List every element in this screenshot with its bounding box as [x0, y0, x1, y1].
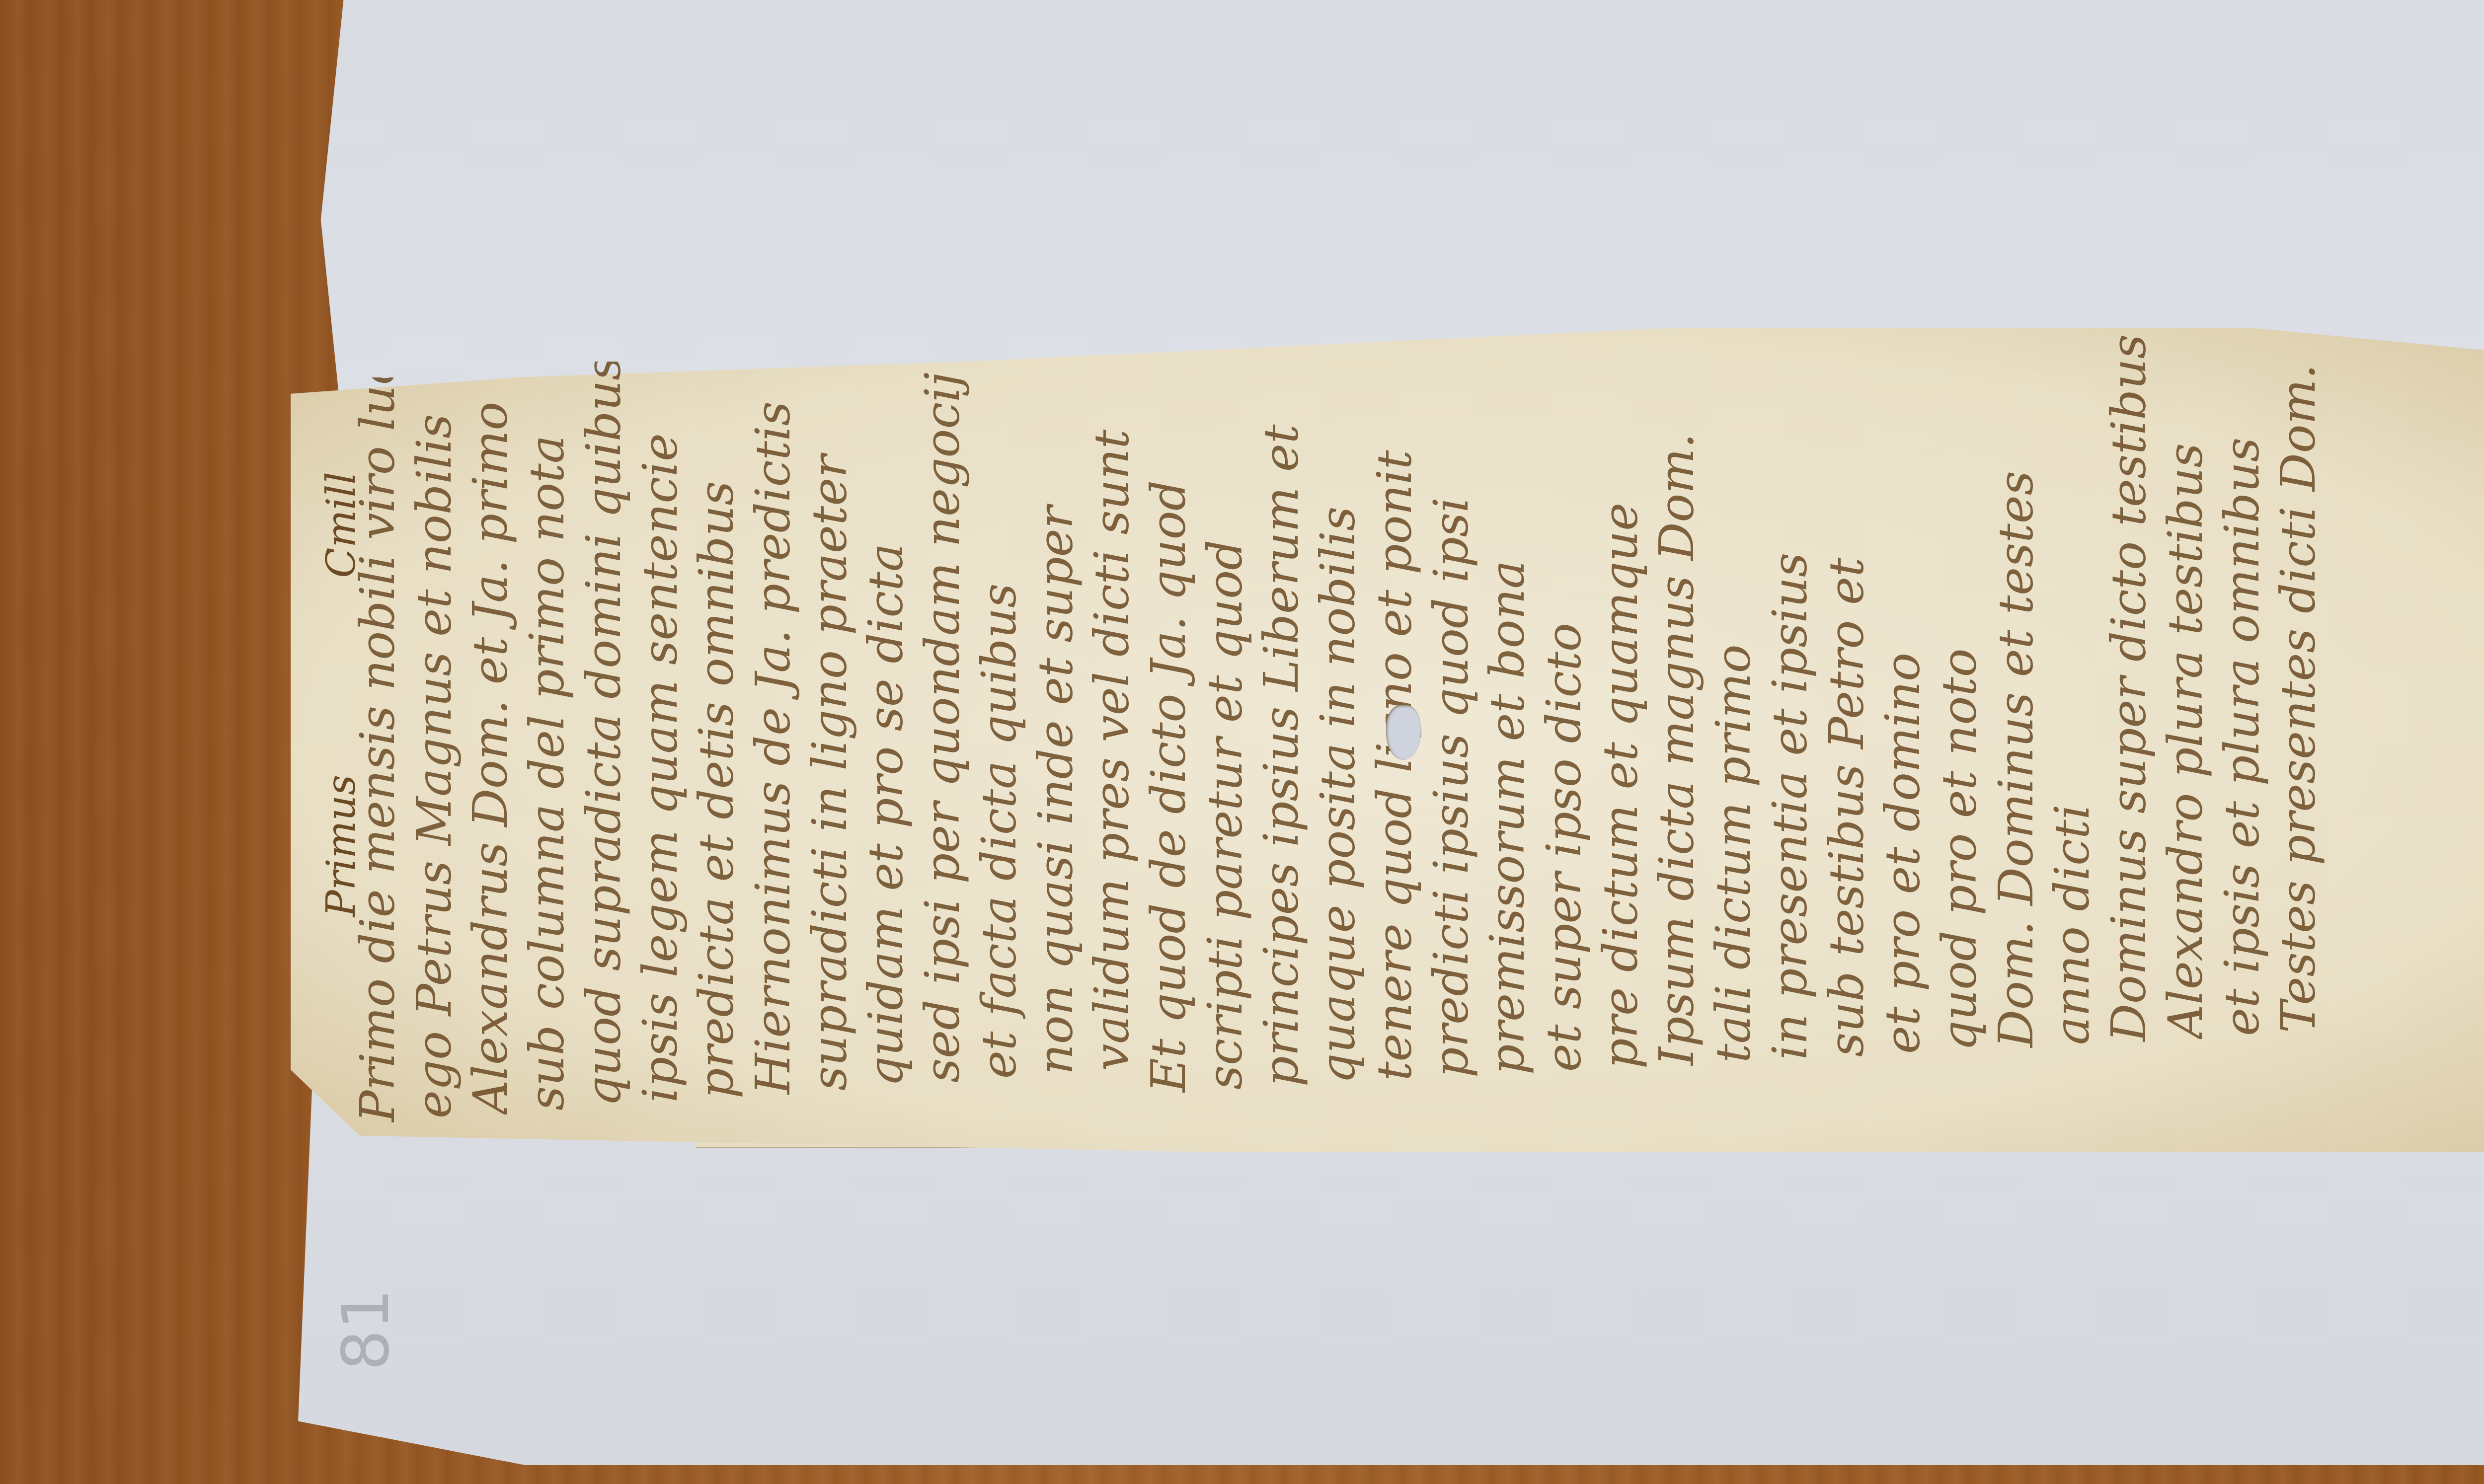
- paper-hole: [1386, 705, 1421, 760]
- pencil-folio-number: 81: [328, 1271, 447, 1371]
- manuscript-line: Testes presentes dicti Dom.: [2268, 288, 2338, 1033]
